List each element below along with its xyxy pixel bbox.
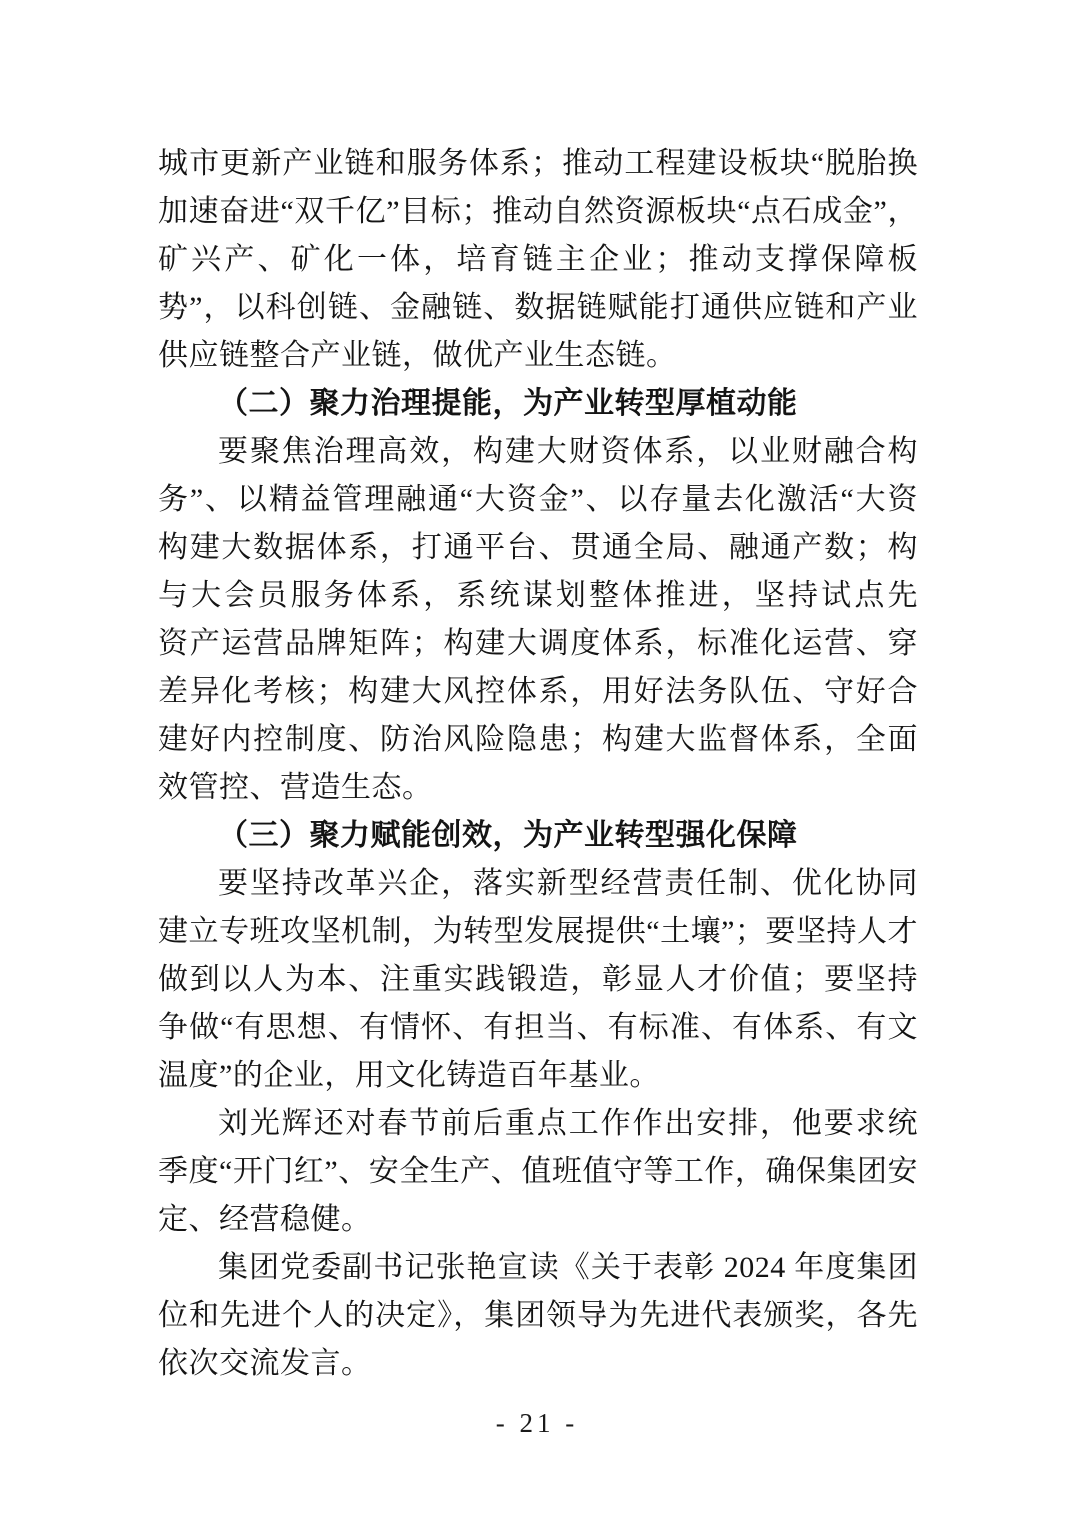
text-line: 季度“开门红”、安全生产、值班值守等工作，确保集团安全稳 <box>158 1148 918 1196</box>
text-line: 矿兴产、矿化一体，培育链主企业；推动支撑保障板块“聚链成 <box>158 236 918 284</box>
text-line: 构建大数据体系，打通平台、贯通全局、融通产数；构建大运营 <box>158 524 918 572</box>
text-line: 集团党委副书记张艳宣读《关于表彰 2024 年度集团先进单 <box>158 1244 918 1292</box>
text-line: 与大会员服务体系，系统谋划整体推进，坚持试点先行，打造轻 <box>158 572 918 620</box>
text-line: 差异化考核；构建大风控体系，用好法务队伍、守好合规职责、 <box>158 668 918 716</box>
text-line: 资产运营品牌矩阵；构建大调度体系，标准化运营、穿透式管理、 <box>158 620 918 668</box>
text-line: 城市更新产业链和服务体系；推动工程建设板块“脱胎换骨”， <box>158 140 918 188</box>
text-line: 建立专班攻坚机制，为转型发展提供“土壤”；要坚持人才强企， <box>158 908 918 956</box>
text-line: 供应链整合产业链，做优产业生态链。 <box>158 332 918 380</box>
text-line: 定、经营稳健。 <box>158 1196 918 1244</box>
text-line: 效管控、营造生态。 <box>158 764 918 812</box>
document-lines: 城市更新产业链和服务体系；推动工程建设板块“脱胎换骨”，加速奋进“双千亿”目标；… <box>158 140 918 1388</box>
text-line: 务”、以精益管理融通“大资金”、以存量去化激活“大资产”； <box>158 476 918 524</box>
text-line: 位和先进个人的决定》，集团领导为先进代表颁奖，各先进代表 <box>158 1292 918 1340</box>
text-line: 加速奋进“双千亿”目标；推动自然资源板块“点石成金”，聚 <box>158 188 918 236</box>
text-line: 建好内控制度、防治风险隐患；构建大监督体系，全面覆盖、有 <box>158 716 918 764</box>
text-line: 刘光辉还对春节前后重点工作作出安排，他要求统筹抓好一 <box>158 1100 918 1148</box>
document-page: 城市更新产业链和服务体系；推动工程建设板块“脱胎换骨”，加速奋进“双千亿”目标；… <box>0 0 1074 1520</box>
text-line: 要坚持改革兴企，落实新型经营责任制、优化协同融合机制、 <box>158 860 918 908</box>
text-line: 依次交流发言。 <box>158 1340 918 1388</box>
section-heading: （二）聚力治理提能，为产业转型厚植动能 <box>158 380 918 428</box>
text-line: 要聚焦治理高效，构建大财资体系，以业财融合构建“大财 <box>158 428 918 476</box>
text-line: 争做“有思想、有情怀、有担当、有标准、有体系、有文化、有 <box>158 1004 918 1052</box>
text-line: 做到以人为本、注重实践锻造，彰显人才价值；要坚持文化立企， <box>158 956 918 1004</box>
text-line: 势”，以科创链、金融链、数据链赋能打通供应链和产业链，以 <box>158 284 918 332</box>
text-line: 温度”的企业，用文化铸造百年基业。 <box>158 1052 918 1100</box>
page-number: - 21 - <box>0 1408 1074 1439</box>
section-heading: （三）聚力赋能创效，为产业转型强化保障 <box>158 812 918 860</box>
